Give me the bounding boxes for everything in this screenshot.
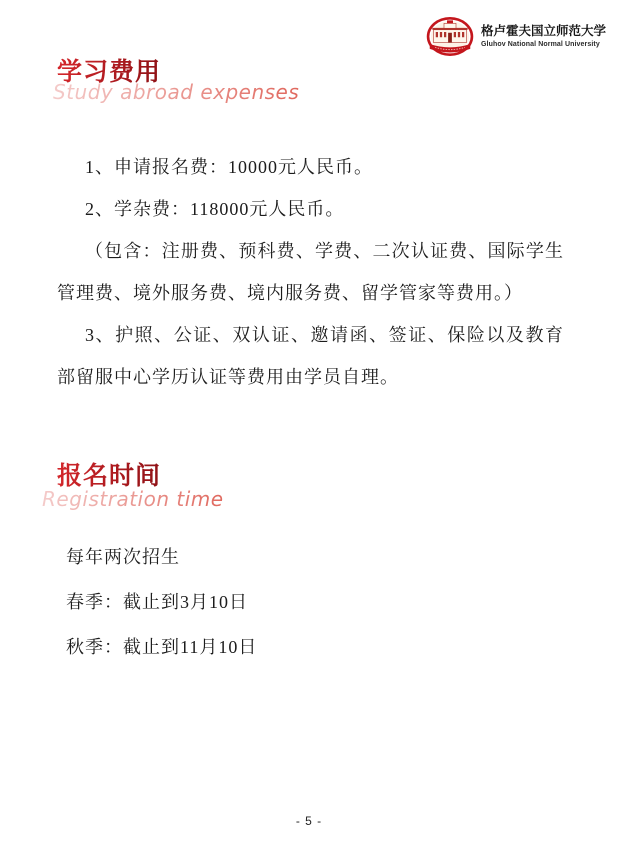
university-name: 格卢霍夫国立师范大学 Gluhov National Normal Univer…: [481, 24, 606, 49]
section-subtitle-registration: Registration time: [42, 487, 224, 511]
paragraph-fee-includes: （包含：注册费、预科费、学费、二次认证费、国际学生管理费、境外服务费、境内服务费…: [57, 230, 564, 314]
university-emblem-icon: [426, 16, 474, 57]
paragraph-autumn-deadline: 秋季：截止到11月10日: [66, 625, 257, 670]
registration-paragraphs: 每年两次招生 春季：截止到3月10日 秋季：截止到11月10日: [66, 535, 257, 670]
page-number: - 5 -: [0, 814, 618, 828]
paragraph-spring-deadline: 春季：截止到3月10日: [66, 580, 257, 625]
paragraph-application-fee: 1、申请报名费：10000元人民币。: [57, 146, 564, 188]
university-name-cn: 格卢霍夫国立师范大学: [481, 24, 606, 39]
document-page: 格卢霍夫国立师范大学 Gluhov National Normal Univer…: [0, 0, 618, 857]
paragraph-tuition-fee: 2、学杂费：118000元人民币。: [57, 188, 564, 230]
university-logo: 格卢霍夫国立师范大学 Gluhov National Normal Univer…: [426, 16, 606, 57]
paragraph-intakes-per-year: 每年两次招生: [66, 535, 257, 580]
expenses-paragraphs: 1、申请报名费：10000元人民币。 2、学杂费：118000元人民币。 （包含…: [57, 146, 564, 398]
university-name-en: Gluhov National Normal University: [481, 40, 606, 49]
paragraph-self-paid-fees: 3、护照、公证、双认证、邀请函、签证、保险以及教育部留服中心学历认证等费用由学员…: [57, 314, 564, 398]
section-subtitle-expenses: Study abroad expenses: [53, 80, 299, 104]
